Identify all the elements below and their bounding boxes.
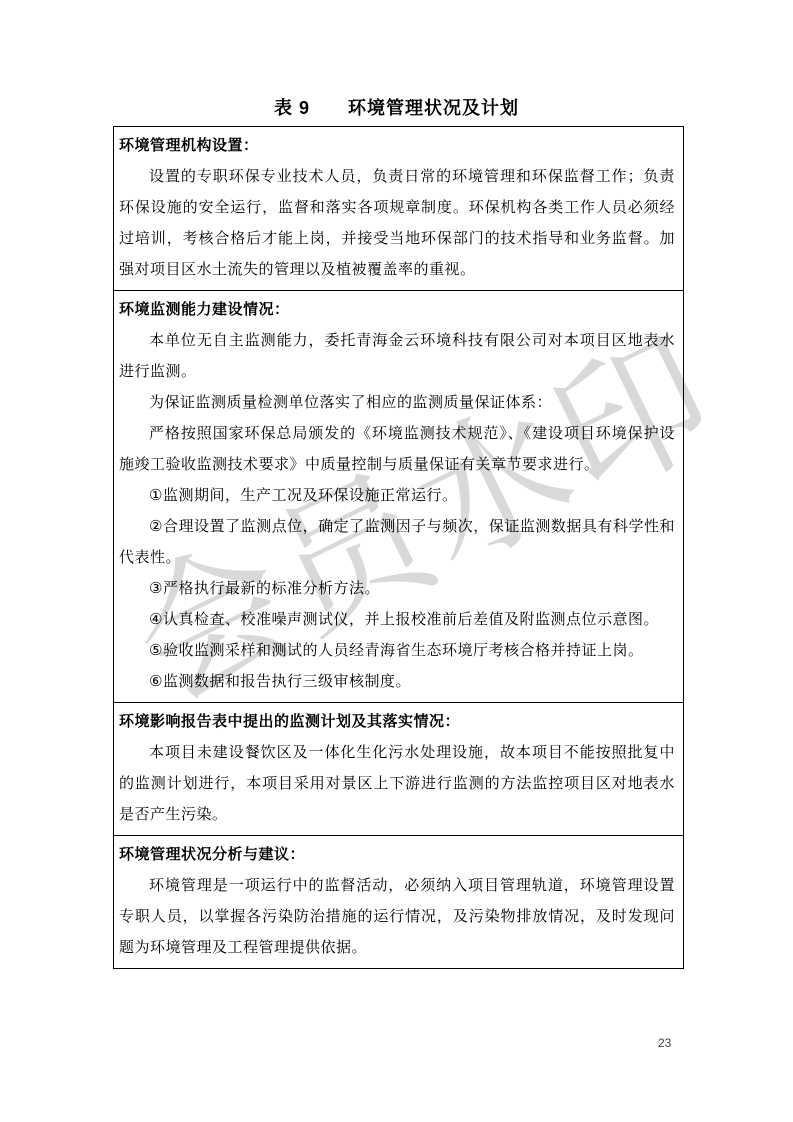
section-paragraph: 本项目未建设餐饮区及一体化生化污水处理设施，故本项目不能按照批复中的监测计划进行…: [119, 737, 675, 830]
section-heading: 环境管理机构设置：: [119, 130, 675, 161]
section-cell: 环境管理机构设置： 设置的专职环保专业技术人员，负责日常的环境管理和环保监督工作…: [119, 130, 675, 285]
document-content: 表 9环境管理状况及计划 环境管理机构设置： 设置的专职环保专业技术人员，负责日…: [0, 0, 793, 1122]
table-number-label: 表 9: [274, 98, 310, 118]
section-cell: 环境监测能力建设情况： 本单位无自主监测能力，委托青海金云环境科技有限公司对本项…: [119, 294, 675, 697]
section-paragraph: 严格按照国家环保总局颁发的《环境监测技术规范》、《建设项目环境保护设施竣工验收监…: [119, 418, 675, 480]
section-list-item: ⑤验收监测采样和测试的人员经青海省生态环境厅考核合格并持证上岗。: [119, 635, 675, 666]
section-cell: 环境影响报告表中提出的监测计划及其落实情况： 本项目未建设餐饮区及一体化生化污水…: [119, 706, 675, 830]
table-row: 环境影响报告表中提出的监测计划及其落实情况： 本项目未建设餐饮区及一体化生化污水…: [114, 703, 684, 836]
section-heading: 环境管理状况分析与建议：: [119, 839, 675, 870]
page-title: 表 9环境管理状况及计划: [0, 97, 793, 119]
section-paragraph: 本单位无自主监测能力，委托青海金云环境科技有限公司对本项目区地表水进行监测。: [119, 325, 675, 387]
page-number: 23: [658, 1036, 671, 1050]
section-analysis-suggestions: 环境管理状况分析与建议： 环境管理是一项运行中的监督活动，必须纳入项目管理轨道，…: [114, 836, 684, 969]
table-row: 环境监测能力建设情况： 本单位无自主监测能力，委托青海金云环境科技有限公司对本项…: [114, 291, 684, 703]
section-heading: 环境监测能力建设情况：: [119, 294, 675, 325]
section-list-item: ①监测期间，生产工况及环保设施正常运行。: [119, 480, 675, 511]
document-page: 会员水印 表 9环境管理状况及计划 环境管理机构设置： 设置的专职环保专业技术人…: [0, 0, 793, 1122]
section-list-item: ②合理设置了监测点位，确定了监测因子与频次，保证监测数据具有科学性和代表性。: [119, 511, 675, 573]
section-monitoring-plan: 环境影响报告表中提出的监测计划及其落实情况： 本项目未建设餐饮区及一体化生化污水…: [114, 703, 684, 836]
table-title-text: 环境管理状况及计划: [348, 98, 519, 118]
section-paragraph: 为保证监测质量检测单位落实了相应的监测质量保证体系：: [119, 387, 675, 418]
section-paragraph: 设置的专职环保专业技术人员，负责日常的环境管理和环保监督工作；负责环保设施的安全…: [119, 161, 675, 285]
section-paragraph: 环境管理是一项运行中的监督活动，必须纳入项目管理轨道，环境管理设置专职人员，以掌…: [119, 870, 675, 963]
section-cell: 环境管理状况分析与建议： 环境管理是一项运行中的监督活动，必须纳入项目管理轨道，…: [119, 839, 675, 963]
table-row: 环境管理机构设置： 设置的专职环保专业技术人员，负责日常的环境管理和环保监督工作…: [114, 127, 684, 291]
section-monitoring-capacity: 环境监测能力建设情况： 本单位无自主监测能力，委托青海金云环境科技有限公司对本项…: [114, 291, 684, 703]
table-row: 环境管理状况分析与建议： 环境管理是一项运行中的监督活动，必须纳入项目管理轨道，…: [114, 836, 684, 969]
env-management-table: 环境管理机构设置： 设置的专职环保专业技术人员，负责日常的环境管理和环保监督工作…: [113, 126, 684, 969]
section-list-item: ⑥监测数据和报告执行三级审核制度。: [119, 666, 675, 697]
section-heading: 环境影响报告表中提出的监测计划及其落实情况：: [119, 706, 675, 737]
section-list-item: ③严格执行最新的标准分析方法。: [119, 573, 675, 604]
section-org-setup: 环境管理机构设置： 设置的专职环保专业技术人员，负责日常的环境管理和环保监督工作…: [114, 127, 684, 291]
section-list-item: ④认真检查、校准噪声测试仪，并上报校准前后差值及附监测点位示意图。: [119, 604, 675, 635]
